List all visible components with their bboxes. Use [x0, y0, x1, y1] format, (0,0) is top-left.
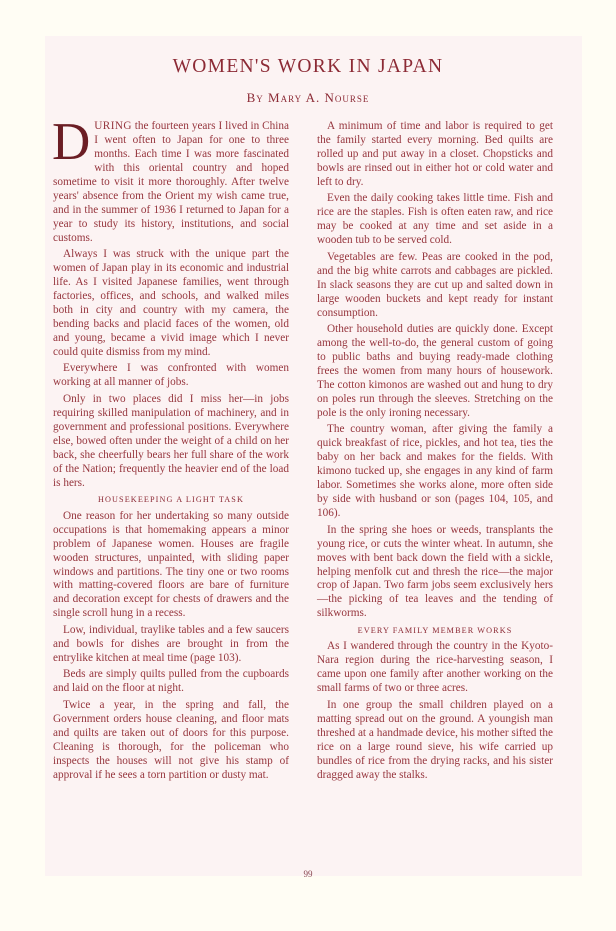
paragraph: Twice a year, in the spring and fall, th…	[53, 699, 289, 783]
paragraph: A minimum of time and labor is required …	[317, 120, 553, 190]
paragraph: The country woman, after giving the fami…	[317, 423, 553, 521]
page-number: 99	[0, 869, 616, 879]
paragraph: Always I was struck with the unique part…	[53, 248, 289, 360]
left-column: DURING the fourteen years I lived in Chi…	[53, 120, 289, 785]
section-subhead: Every Family Member Works	[317, 624, 553, 638]
right-column: A minimum of time and labor is required …	[317, 120, 553, 785]
paragraph: In the spring she hoes or weeds, trans­p…	[317, 524, 553, 622]
paragraph: Even the daily cooking takes little time…	[317, 192, 553, 248]
paragraph: Everywhere I was confronted with women w…	[53, 362, 289, 390]
paragraph: Only in two places did I miss her—in job…	[53, 393, 289, 491]
opening-paragraph: DURING the fourteen years I lived in Chi…	[53, 120, 289, 246]
paragraph: Other household duties are quickly done.…	[317, 323, 553, 421]
first-word: URING	[94, 120, 132, 132]
drop-cap: D	[52, 121, 90, 163]
paragraph: As I wandered through the country in the…	[317, 640, 553, 696]
paragraph: Low, individual, traylike tables and a f…	[53, 624, 289, 666]
paragraph: In one group the small children played o…	[317, 699, 553, 783]
section-subhead: Housekeeping a Light Task	[53, 493, 289, 507]
paragraph: Beds are simply quilts pulled from the c…	[53, 668, 289, 696]
paragraph: Vegetables are few. Peas are cooked in t…	[317, 251, 553, 321]
article-title: WOMEN'S WORK IN JAPAN	[0, 56, 616, 78]
paragraph: One reason for her undertaking so many o…	[53, 510, 289, 622]
article-byline: By Mary A. Nourse	[0, 90, 616, 106]
